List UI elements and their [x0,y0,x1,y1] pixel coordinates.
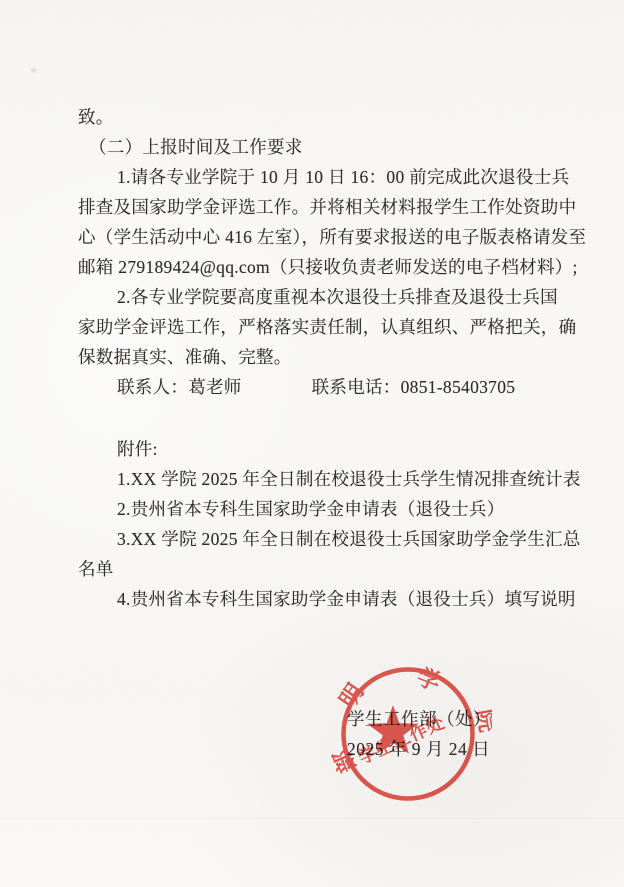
contact-person: 联系人：葛老师 [117,372,242,402]
seal-ring-char: 学 [413,663,444,696]
attachment-item: 1.XX 学院 2025 年全日制在校退役士兵学生情况排查统计表 [78,464,570,494]
paragraph2-line: 保数据真实、准确、完整。 [78,342,570,372]
paragraph1-line: 心（学生活动中心 416 左室），所有要求报送的电子版表格请发至 [78,222,570,252]
signature-date: 2025 年 9 月 24 日 [347,734,491,764]
paragraph2-line: 2.各专业学院要高度重视本次退役士兵排查及退役士兵国 [78,282,570,312]
blank-gap [78,402,570,434]
paragraph1-line: 邮箱 279189424@qq.com（只接收负责老师发送的电子档材料）; [78,252,570,282]
signature-department: 学生工作部（处） [347,704,491,734]
document-body: 致。 （二）上报时间及工作要求 1.请各专业学院于 10 月 10 日 16：0… [78,102,570,614]
scanned-document-page: 致。 （二）上报时间及工作要求 1.请各专业学院于 10 月 10 日 16：0… [0,0,624,887]
signature-block: 学生工作部（处） 2025 年 9 月 24 日 [347,704,491,764]
paragraph1-line: 排查及国家助学金评选工作。并将相关材料报学生工作处资助中 [78,192,570,222]
attachment-item: 4.贵州省本专科生国家助学金申请表（退役士兵）填写说明 [78,584,570,614]
attachment-item: 3.XX 学院 2025 年全日制在校退役士兵国家助学金学生汇总 [78,524,570,554]
scan-speck [31,68,36,72]
paragraph1-line: 1.请各专业学院于 10 月 10 日 16：00 前完成此次退役士兵 [78,162,570,192]
paragraph2-line: 家助学金评选工作，严格落实责任制，认真组织、严格把关，确 [78,312,570,342]
attachment-item: 2.贵州省本专科生国家助学金申请表（退役士兵） [78,494,570,524]
contact-phone: 联系电话：0851-85403705 [312,372,516,402]
contact-row: 联系人：葛老师 联系电话：0851-85403705 [78,372,570,402]
attachment-item-wrap: 名单 [78,554,570,584]
closing-line: 致。 [78,102,570,132]
section-heading: （二）上报时间及工作要求 [78,132,570,162]
attachments-heading: 附件: [78,434,570,464]
scan-fold-line [0,818,624,821]
